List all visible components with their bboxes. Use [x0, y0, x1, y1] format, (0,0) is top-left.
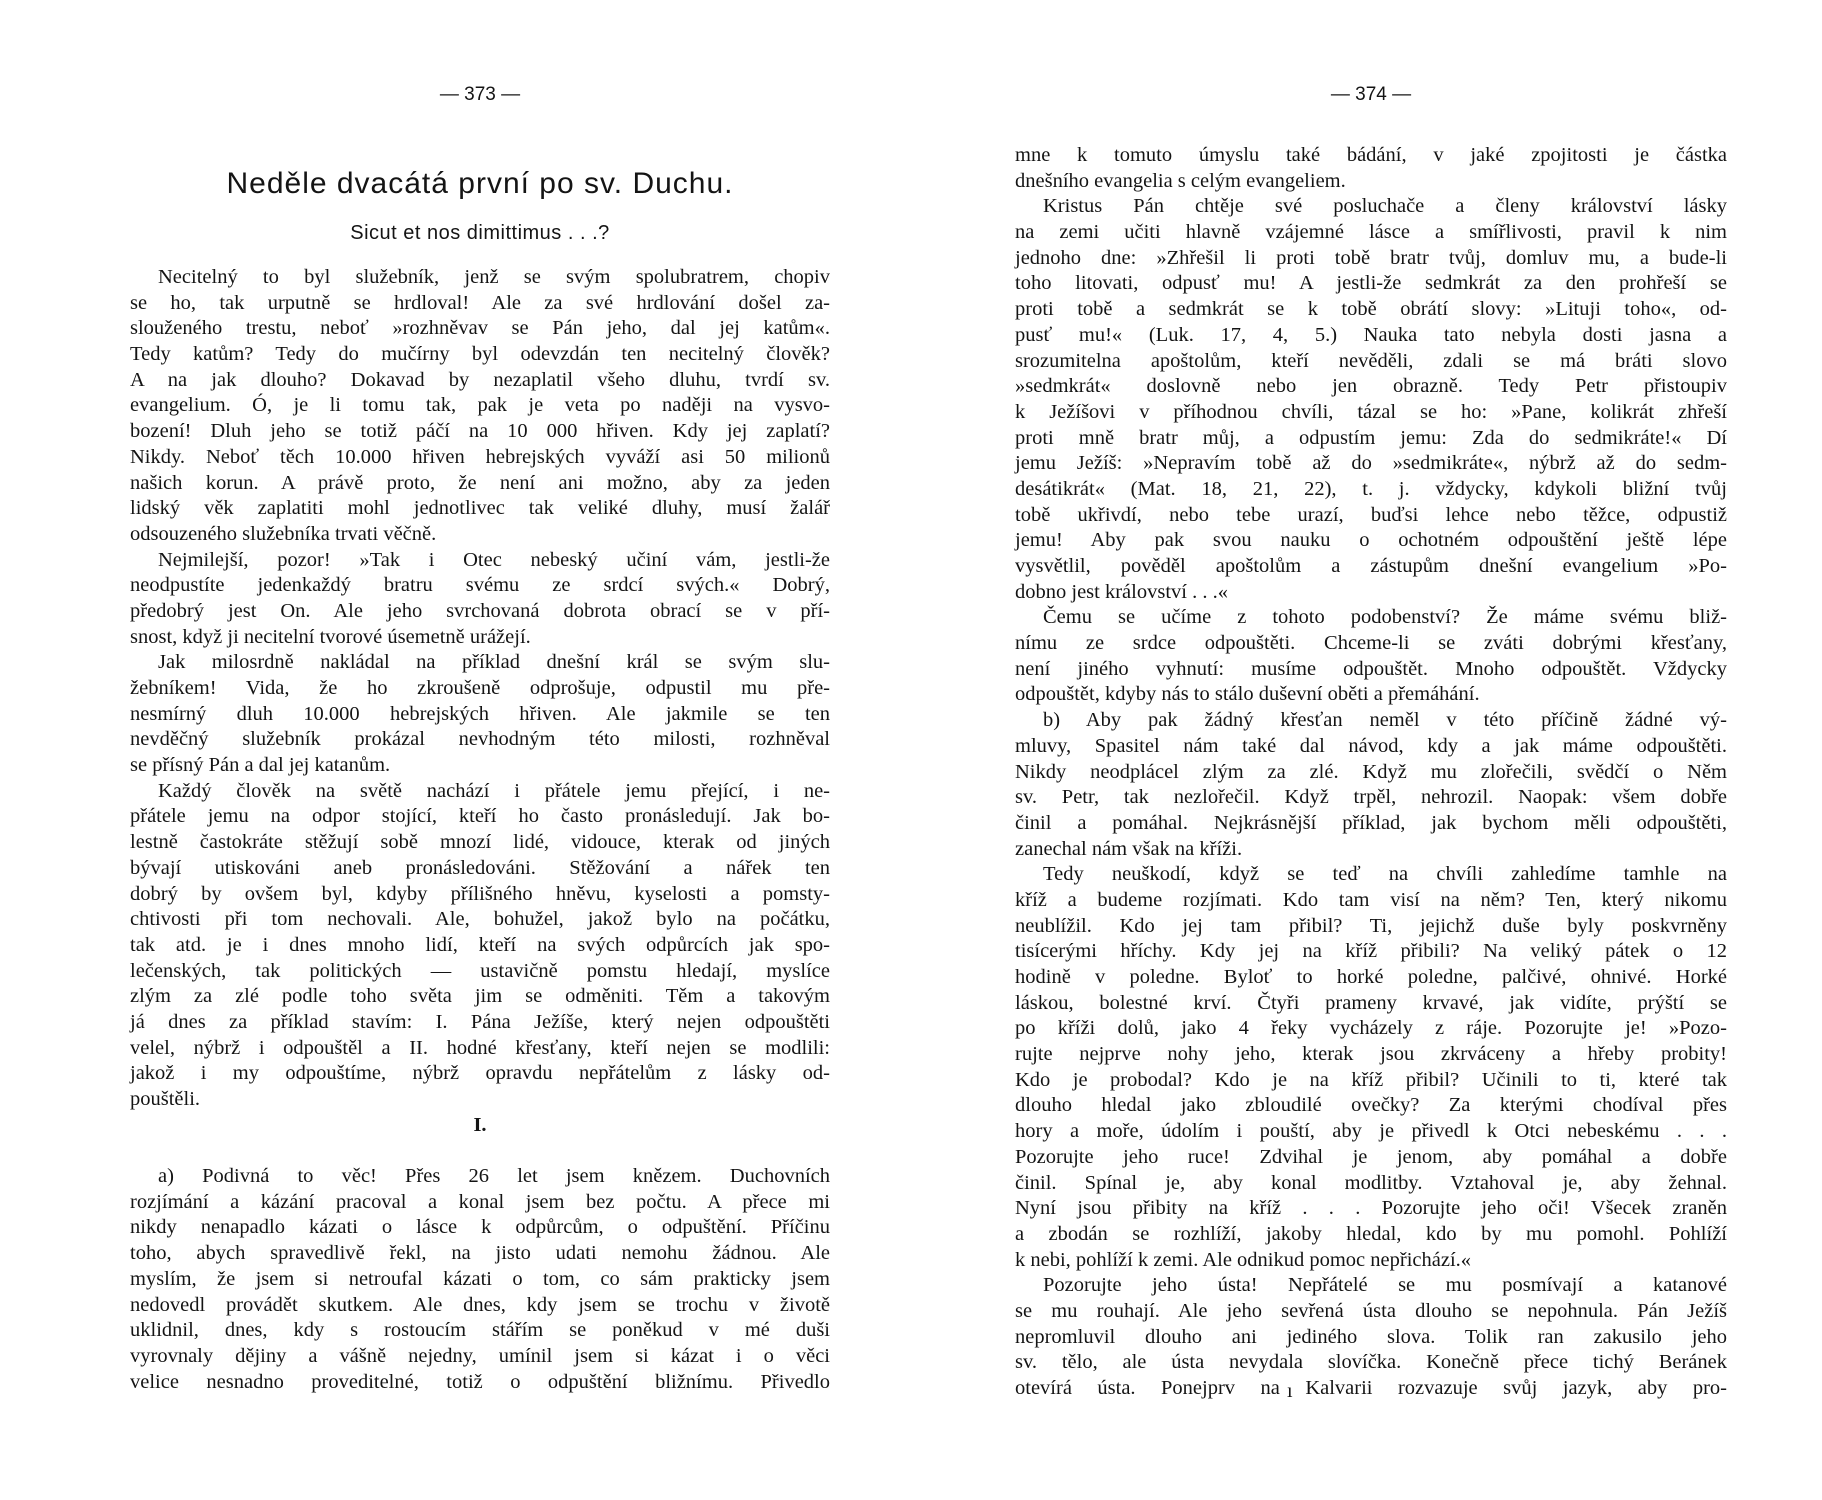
text-line: hory a moře, údolím i pouští, aby je při… [1015, 1119, 1727, 1145]
text-line: Necitelný to byl služebník, jenž se svým… [130, 265, 830, 291]
text-line: jednoho dne: »Zhřešil li proti tobě brat… [1015, 246, 1727, 272]
page-number-right: — 374 — [1015, 84, 1727, 106]
text-line: láskou, bolestné krví. Čtyři prameny krv… [1015, 991, 1727, 1017]
stray-print-mark: ı [1287, 1380, 1293, 1403]
text-line: Nejmilejší, pozor! »Tak i Otec nebeský u… [130, 548, 830, 574]
text-line: a) Podivná to věc! Přes 26 let jsem kněz… [130, 1164, 830, 1190]
text-line: Tedy katům? Tedy do mučírny byl odevzdán… [130, 342, 830, 368]
text-line: Kdo je probodal? Kdo je na kříž přibil? … [1015, 1068, 1727, 1094]
text-line: dlouho hledal jako zbloudilé ovečky? Za … [1015, 1093, 1727, 1119]
text-line: Nyní jsou přibity na kříž . . . Pozorujt… [1015, 1196, 1727, 1222]
text-line: velice nesnadno proveditelné, totiž o od… [130, 1370, 830, 1396]
text-line: »sedmkrát« doslovně nebo jen obrazně. Te… [1015, 374, 1727, 400]
text-line: nepromluvil dlouho ani jediného slova. T… [1015, 1325, 1727, 1351]
text-line: vyrovnaly dějiny a vášně nejedny, umínil… [130, 1344, 830, 1370]
text-line: snost, když ji necitelní tvorové úsemetn… [130, 625, 830, 651]
text-line: sv. Petr, tak nezlořečil. Když trpěl, ne… [1015, 785, 1727, 811]
text-line: jemu Ježíš: »Nepravím tobě až do »sedmik… [1015, 451, 1727, 477]
text-line: zanechal nám však na kříži. [1015, 837, 1727, 863]
text-line: bývají utiskováni aneb pronásledováni. S… [130, 856, 830, 882]
text-line: lečenských, tak politických — ustavičně … [130, 959, 830, 985]
text-line: proti mně bratr můj, a odpustím jemu: Zd… [1015, 426, 1727, 452]
text-line: činil a pomáhal. Nejkrásnější příklad, j… [1015, 811, 1727, 837]
text-line: chtivosti při tom nechovali. Ale, bohuže… [130, 907, 830, 933]
text-line: neodpustíte jedenkaždý bratru svému ze s… [130, 573, 830, 599]
text-line: dobrý by ovšem byl, kdyby přílišného hně… [130, 882, 830, 908]
text-line: proti tobě a sedmkrát se k tobě obrátí s… [1015, 297, 1727, 323]
text-line: Pozorujte jeho ústa! Nepřátelé se mu pos… [1015, 1273, 1727, 1299]
text-line: odsouzeného služebníka trvati věčně. [130, 522, 830, 548]
text-line: rozjímání a kázání pracoval a konal jsem… [130, 1190, 830, 1216]
text-line: tak atd. je i dnes mnoho lidí, kteří na … [130, 933, 830, 959]
text-line: není jiného vyhnutí: musíme odpouštět. M… [1015, 657, 1727, 683]
text-line: srozumitelna apoštolům, kteří nevěděli, … [1015, 349, 1727, 375]
text-line: b) Aby pak žádný křesťan neměl v této př… [1015, 708, 1727, 734]
text-line: pusť mu!« (Luk. 17, 4, 5.) Nauka tato ne… [1015, 323, 1727, 349]
text-line: toho litovati, odpusť mu! A jestli-že se… [1015, 271, 1727, 297]
text-line: vysvětlil, pověděl apoštolům a zástupům … [1015, 554, 1727, 580]
text-line: lestně častokráte stěžují sobě mnozí lid… [130, 830, 830, 856]
text-line: nevděčný služebník prokázal nevhodným té… [130, 727, 830, 753]
text-line: nikdy nenapadlo kázati o lásce k odpůrců… [130, 1215, 830, 1241]
text-line: k nebi, pohlíží k zemi. Ale odnikud pomo… [1015, 1248, 1727, 1274]
text-line: po kříži dolů, jako 4 řeky vycházely z r… [1015, 1016, 1727, 1042]
text-line: sv. tělo, ale ústa nevydala slovíčka. Ko… [1015, 1350, 1727, 1376]
text-line: myslím, že jsem si netroufal kázati o to… [130, 1267, 830, 1293]
text-line: lidský věk zaplatiti mohl jednotlivec ta… [130, 496, 830, 522]
text-line: bození! Dluh jeho se totiž páčí na 10 00… [130, 419, 830, 445]
text-line: Jak milosrdně nakládal na příklad dnešní… [130, 650, 830, 676]
text-line: se přísný Pán a dal jej katanům. [130, 753, 830, 779]
text-line: Každý člověk na světě nachází i přátele … [130, 779, 830, 805]
text-line: tisícerými hříchy. Kdy jej na kříž přibi… [1015, 939, 1727, 965]
right-page-body: mne k tomuto úmyslu také bádání, v jaké … [1015, 143, 1727, 1402]
text-line: nedovedl provádět skutkem. Ale dnes, kdy… [130, 1293, 830, 1319]
text-line: nímu ze srdce odpouštěti. Chceme-li se z… [1015, 631, 1727, 657]
text-line: tobě ukřivdí, nebo tebe urazí, buďsi leh… [1015, 503, 1727, 529]
section-heading: I. [130, 1113, 830, 1139]
text-line: jakož i my odpouštíme, nýbrž opravdu nep… [130, 1061, 830, 1087]
text-line: dnešního evangelia s celým evangeliem. [1015, 169, 1727, 195]
text-line: Kristus Pán chtěje své posluchače a člen… [1015, 194, 1727, 220]
text-line: Nikdy. Neboť těch 10.000 hřiven hebrejsk… [130, 445, 830, 471]
text-line: jemu! Aby pak svou nauku o ochotném odpo… [1015, 528, 1727, 554]
text-line: odpouštět, kdyby nás to stálo duševní ob… [1015, 682, 1727, 708]
text-line: kříž a budeme rozjímati. Kdo tam visí na… [1015, 888, 1727, 914]
text-line: já dnes za příklad stavím: I. Pána Ježíš… [130, 1010, 830, 1036]
text-line: hodině v poledne. Byloť to horké poledne… [1015, 965, 1727, 991]
text-line: neublížil. Kdo jej tam přibil? Ti, jejic… [1015, 914, 1727, 940]
text-line: uklidnil, dnes, kdy s rostoucím stářím s… [130, 1318, 830, 1344]
text-line: činil. Spínal je, aby konal modlitby. Vz… [1015, 1171, 1727, 1197]
text-line: A na jak dlouho? Dokavad by nezaplatil v… [130, 368, 830, 394]
chapter-subtitle: Sicut et nos dimittimus . . .? [130, 222, 830, 245]
text-line: desátikrát« (Mat. 18, 21, 22), t. j. vžd… [1015, 477, 1727, 503]
text-line: našich korun. A právě proto, že není ani… [130, 471, 830, 497]
text-line: a zbodán se rozhlíží, jakoby hledal, kdo… [1015, 1222, 1727, 1248]
text-line: nesmírný dluh 10.000 hebrejských hřiven.… [130, 702, 830, 728]
text-line: předobrý jest On. Ale jeho svrchovaná do… [130, 599, 830, 625]
text-line: k Ježíšovi v příhodnou chvíli, tázal se … [1015, 400, 1727, 426]
text-line: pouštěli. [130, 1087, 830, 1113]
text-line: mne k tomuto úmyslu také bádání, v jaké … [1015, 143, 1727, 169]
text-line: evangelium. Ó, je li tomu tak, pak je ve… [130, 393, 830, 419]
page-number-left: — 373 — [130, 84, 830, 106]
text-line: přátele jemu na odpor stojící, kteří ho … [130, 804, 830, 830]
text-line: Nikdy neodplácel zlým za zlé. Když mu zl… [1015, 760, 1727, 786]
text-line: žebníkem! Vida, že ho zkroušeně odprošuj… [130, 676, 830, 702]
text-line: Tedy neuškodí, když se teď na chvíli zah… [1015, 862, 1727, 888]
left-page-body: Necitelný to byl služebník, jenž se svým… [130, 265, 830, 1395]
text-line: na zemi učiti hlavně vzájemné lásce a sm… [1015, 220, 1727, 246]
text-line: velel, nýbrž i odpouštěl a II. hodné kře… [130, 1036, 830, 1062]
chapter-title: Neděle dvacátá první po sv. Duchu. [130, 167, 830, 201]
text-line: otevírá ústa. Ponejprv na Kalvarii rozva… [1015, 1376, 1727, 1402]
text-line: se ho, tak urputně se hrdloval! Ale za s… [130, 291, 830, 317]
text-line: Pozorujte jeho ruce! Zdvihal je jenom, a… [1015, 1145, 1727, 1171]
text-line: rujte nejprve nohy jeho, kterak jsou zkr… [1015, 1042, 1727, 1068]
text-line [130, 1138, 830, 1164]
text-line: zlým za zlé podle toho světa jim se odmě… [130, 984, 830, 1010]
text-line: se mu rouhají. Ale jeho sevřená ústa dlo… [1015, 1299, 1727, 1325]
text-line: slouženého trestu, neboť »rozhněvav se P… [130, 316, 830, 342]
text-line: dobno jest království . . .« [1015, 580, 1727, 606]
text-line: toho, abych spravedlivě řekl, na jisto u… [130, 1241, 830, 1267]
text-line: Čemu se učíme z tohoto podobenství? Že m… [1015, 605, 1727, 631]
text-line: mluvy, Spasitel nám také dal návod, kdy … [1015, 734, 1727, 760]
